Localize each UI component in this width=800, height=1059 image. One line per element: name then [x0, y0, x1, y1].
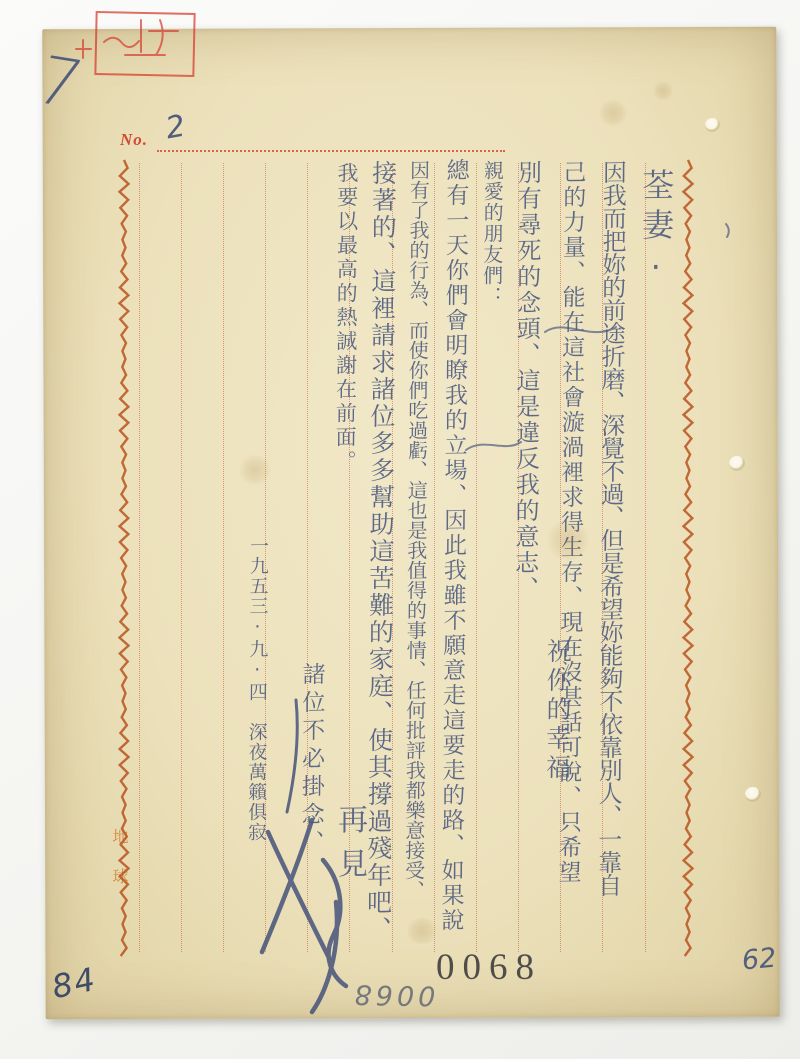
column-rule-line	[181, 163, 182, 952]
red-stamp	[94, 11, 195, 77]
no-label: No.	[120, 130, 148, 150]
letter-column: 因我而把妳的前途折磨、深覺不過、但是希望妳能夠不依靠別人、一靠自	[595, 160, 624, 896]
column-rule-line	[139, 163, 140, 952]
letter-salutation: 荃妻·	[640, 168, 673, 294]
letter-column: 我要以最高的熱誠謝在前面。	[334, 162, 357, 474]
paper-hole	[705, 118, 720, 132]
letter-column: 總有一天你們會明瞭我的立場、因此我雖不願意走這要走的路、如果說	[438, 158, 466, 933]
no-dotted-line	[157, 134, 505, 152]
archive-number-stamp: 0068	[436, 946, 542, 989]
letter-farewell: 再見	[334, 804, 365, 892]
paper-hole	[729, 456, 745, 471]
paper-hole	[745, 787, 761, 802]
paper-stain	[545, 520, 591, 560]
letter-blessing: 祝你的幸福	[544, 638, 570, 783]
letter-date-line: 一九五三·九·四 深夜萬籟俱寂	[246, 536, 267, 842]
letter-column: 別有尋死的念頭、這是違反我的意志、	[512, 160, 539, 602]
stationery-brand-mark: 地球	[108, 828, 131, 908]
letter-column: 接著的、這裡請求諸位多多幫助這苦難的家庭、使其撐過殘年吧、	[365, 160, 395, 943]
letter-address: 親愛的朋友們：	[481, 160, 502, 307]
paper-stain	[652, 82, 674, 100]
letter-column: 因有了我的行為、而使你們吃過虧、這也是我值得的事情、任何批評我都樂意接受、	[403, 160, 428, 900]
scanned-letter-screenshot: { "page": { "no_label": "No.", "page_num…	[0, 0, 800, 1059]
letter-column: 諸位不必掛念、	[298, 662, 322, 858]
paper-stain	[238, 455, 272, 485]
paper-stain	[598, 100, 628, 126]
archive-number-handwritten-inverted: 0068	[350, 977, 437, 1010]
column-rule-line	[476, 163, 477, 952]
column-rule-line	[434, 163, 435, 952]
paper-stain	[405, 918, 439, 944]
corner-mark-bottom-right: 62	[741, 943, 778, 977]
column-rule-line	[223, 163, 224, 952]
